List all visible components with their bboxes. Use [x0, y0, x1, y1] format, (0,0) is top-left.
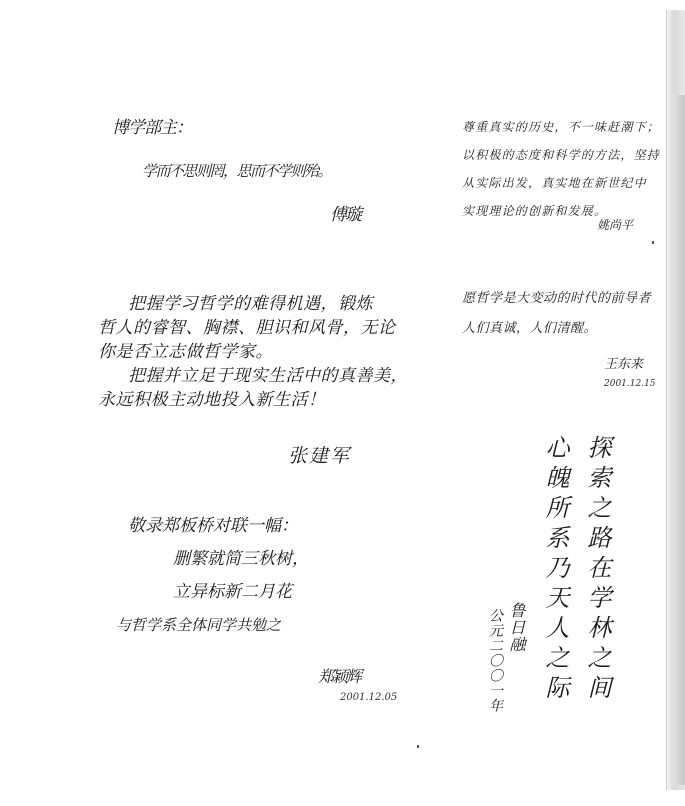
inscription-6-signature: 鲁日融	[505, 602, 528, 653]
inscription-5-text: 敬录郑板桥对联一幅： 删繁就简三秋树， 立异标新二月花 与哲学系全体同学共勉之	[128, 510, 309, 642]
inscription-4-line: 哲人的睿智、胸襟、胆识和风骨，无论	[98, 316, 408, 340]
inscription-2-signature: 姚尚平	[597, 216, 633, 233]
inscription-2-line: 尊重真实的历史，不一味赶潮下；	[462, 113, 660, 141]
inscription-4-line: 把握学习哲学的难得机遇，锻炼	[98, 292, 408, 316]
inscription-3-signature: 王东来	[604, 353, 643, 372]
inscription-5-line: 敬录郑板桥对联一幅：	[128, 510, 309, 543]
inscription-2-line: 从实际出发，真实地在新世纪中	[462, 169, 660, 197]
inscription-3-date: 2001.12.15	[604, 379, 656, 389]
inscription-5-line: 与哲学系全体同学共勉之	[116, 609, 309, 642]
inscription-2-line: 以积极的态度和科学的方法，坚持	[462, 141, 660, 169]
inscription-4-signature: 张建军	[288, 441, 351, 468]
inscription-4-line: 把握并立足于现实生活中的真善美，	[98, 364, 408, 388]
inscription-6-column: 探索之路在学林之间	[580, 435, 615, 705]
inscription-6-column: 心魄所系乃天人之际	[538, 435, 573, 705]
inscription-1-text: 学而不思则罔，思而不学则殆。	[142, 160, 331, 181]
inscription-5-signature: 郑颖辉	[318, 664, 360, 687]
inscription-1-signature: 傅璇	[330, 200, 360, 225]
inscription-2-text: 尊重真实的历史，不一味赶潮下； 以积极的态度和科学的方法，坚持 从实际出发，真实…	[462, 113, 660, 225]
inscription-4-line: 你是否立志做哲学家。	[98, 340, 408, 364]
inscription-5-line: 删繁就简三秋树，	[128, 543, 309, 576]
inscription-5-line: 立异标新二月花	[128, 576, 309, 609]
page-edge-inner	[673, 95, 685, 785]
scan-speck	[417, 745, 419, 748]
inscription-1-salutation: 博学部主：	[112, 113, 192, 138]
inscription-4-line: 永远积极主动地投入新生活！	[98, 388, 408, 412]
inscription-5-date: 2001.12.05	[340, 692, 397, 703]
inscription-4-text: 把握学习哲学的难得机遇，锻炼 哲人的睿智、胸襟、胆识和风骨，无论 你是否立志做哲…	[98, 292, 408, 412]
inscription-3-line: 愿哲学是大变动的时代的前导者	[462, 284, 651, 314]
inscription-3-line: 人们真诚，人们清醒。	[462, 314, 651, 344]
inscription-3-text: 愿哲学是大变动的时代的前导者 人们真诚，人们清醒。	[462, 284, 651, 344]
scan-speck	[652, 241, 654, 244]
inscription-6-date: 公元二〇〇一年	[485, 608, 505, 713]
